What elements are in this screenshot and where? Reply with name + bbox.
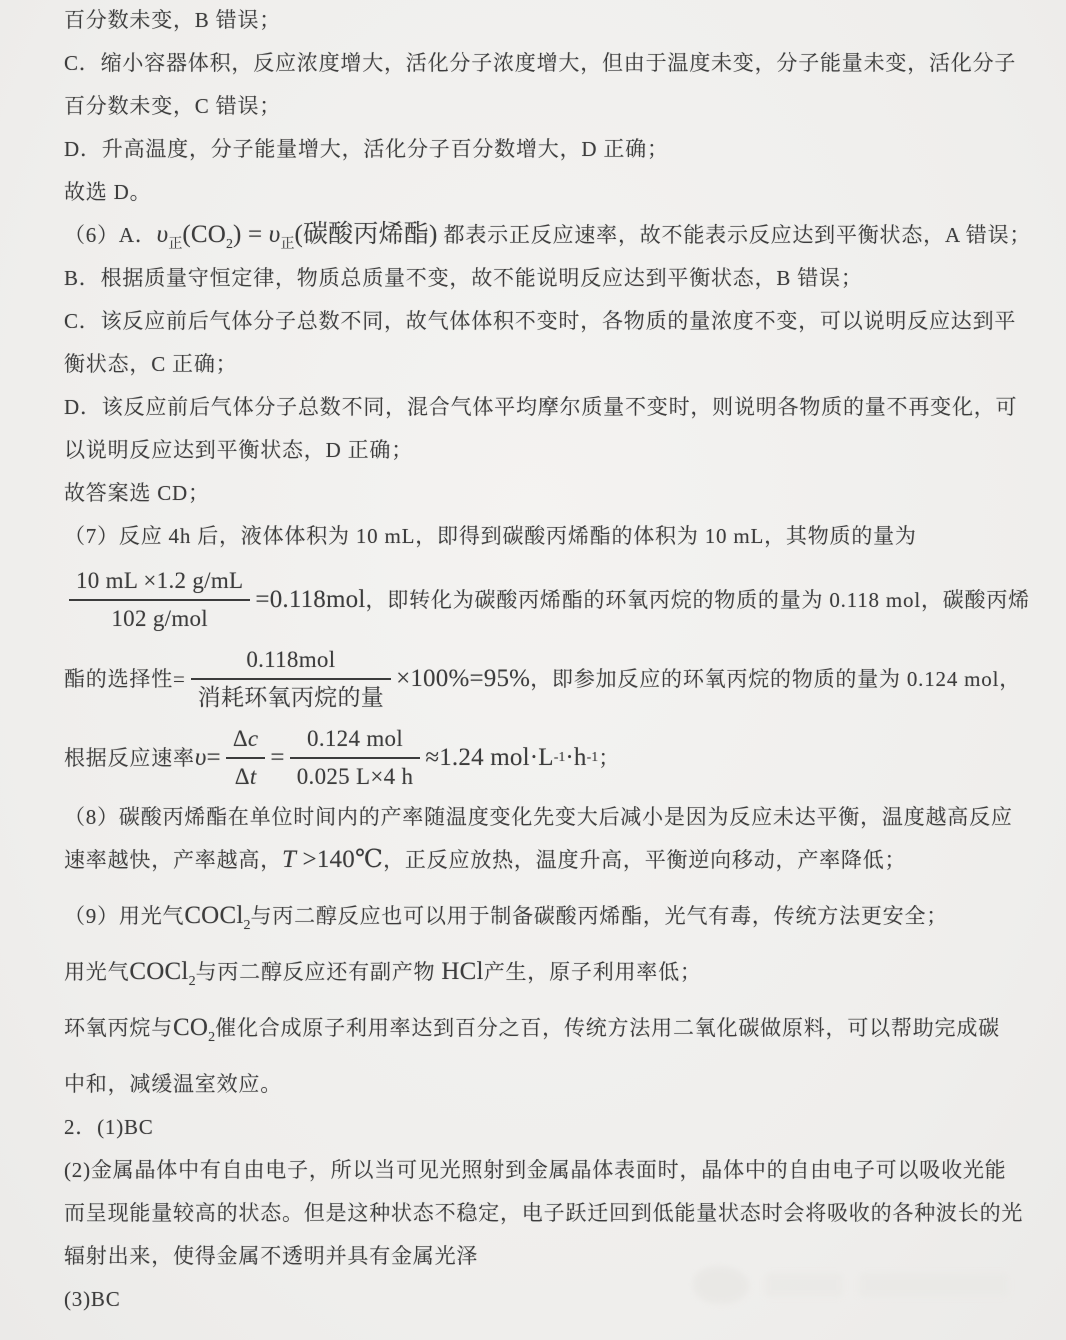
fraction: ΔcΔt [226,725,266,790]
q8-analysis-1: （8）碳酸丙烯酯在单位时间内的产率随温度变化先变大后减小是因为反应未达平衡，温度… [64,805,1026,829]
text-run: 故选 D。 [64,180,151,204]
fraction: 10 mL ×1.2 g/mL102 g/mol [69,567,250,632]
q6-option-d-conclusion: 以说明反应达到平衡状态，D 正确； [64,438,1026,462]
text-run: （9）用光气 [64,904,184,928]
text-run: 而呈现能量较高的状态。但是这种状态不稳定，电子跃迁回到低能量状态时会将吸收的各种… [64,1201,1023,1225]
math-text: ) = [233,221,269,248]
text-run: 与丙二醇反应还有副产物 [196,960,442,984]
text-run: C．缩小容器体积，反应浓度增大，活化分子浓度增大，但由于温度未变，分子能量未变，… [64,51,1016,75]
text-run: (2)金属晶体中有自由电子，所以当可见光照射到金属晶体表面时，晶体中的自由电子可… [64,1158,1006,1182]
text-run: 中和，减缓温室效应。 [64,1072,282,1096]
fraction-denominator: Δt [226,759,266,791]
subscript: 正 [168,237,182,252]
q8-analysis-2: 速率越快，产率越高，T >140℃，正反应放热，温度升高，平衡逆向移动，产率降低… [64,848,1026,872]
math-text: =0.118mol [255,588,365,612]
fraction-denominator: 0.025 L×4 h [290,759,421,791]
faint-watermark-icon [693,1262,1015,1308]
q7-selectivity-calculation: 酯的选择性=0.118mol消耗环氧丙烷的量×100%=95%，即参加反应的环氧… [64,646,1026,711]
document-body: 百分数未变，B 错误；C．缩小容器体积，反应浓度增大，活化分子浓度增大，但由于温… [64,8,1026,1311]
text-run: 与丙二醇反应也可以用于制备碳酸丙烯酯，光气有毒，传统方法更安全； [250,904,948,928]
math-variable: T [282,846,296,873]
q6-answer-cd: 故答案选 CD； [64,481,1026,505]
math-text: >140℃ [296,846,383,873]
math-variable: υ [195,746,207,770]
final-choice-d: 故选 D。 [64,180,1026,204]
q7-rate-calculation: 根据反应速率υ=ΔcΔt=0.124 mol0.025 L×4 h ≈1.24 … [64,725,1026,790]
text-run: 产生，原子利用率低； [484,960,702,984]
fraction: 0.124 mol0.025 L×4 h [290,725,421,790]
text-run: 环氧丙烷与 [64,1016,173,1040]
math-text: HCl [441,958,483,985]
text-run: 0.118mol [246,647,335,672]
q6-option-d-analysis: D．该反应前后气体分子总数不同，混合气体平均摩尔质量不变时，则说明各物质的量不再… [64,395,1026,419]
math-variable: c [248,726,259,751]
text-run: 用光气 [64,960,129,984]
text-run: B．根据质量守恒定律，物质总质量不变，故不能说明反应达到平衡状态，B 错误； [64,266,863,290]
text-run: （8）碳酸丙烯酯在单位时间内的产率随温度变化先变大后减小是因为反应未达平衡，温度… [64,805,1013,829]
fraction: 0.118mol消耗环氧丙烷的量 [191,646,391,711]
text-run: 根据反应速率 [64,746,195,770]
q2-answer-1-bc: 2．(1)BC [64,1115,1026,1139]
math-text: = [207,746,221,770]
q9-co2-route-1: 环氧丙烷与CO2催化合成原子利用率达到百分之百，传统方法用二氧化碳做原料，可以帮… [64,1003,1026,1040]
subscript: 2 [226,237,233,252]
q7-intro: （7）反应 4h 后，液体体积为 10 mL，即得到碳酸丙烯酯的体积为 10 m… [64,524,1026,548]
text-run: ，即转化为碳酸丙烯酯的环氧丙烷的物质的量为 0.118 mol，碳酸丙烯 [366,588,1030,612]
math-text: (碳酸丙烯酯) [294,221,437,248]
text-run: 0.124 mol [307,726,403,751]
math-text: CO [173,1014,208,1041]
q6-option-a-analysis: （6）A．υ正(CO2) = υ正(碳酸丙烯酯) 都表示正反应速率，故不能表示反… [64,223,1026,247]
watermark-text-blur [765,1273,843,1297]
answer-line-b-wrong: 百分数未变，B 错误； [64,8,1026,32]
text-run: 百分数未变，B 错误； [64,8,281,32]
text-run: 消耗环氧丙烷的量 [198,685,384,710]
math-variable: υ [157,221,169,248]
math-text: ·h [565,746,586,770]
text-run: 辐射出来，使得金属不透明并具有金属光泽 [64,1244,478,1268]
math-text: COCl [129,958,188,985]
text-run: Δ [235,764,250,789]
text-run: 衡状态，C 正确； [64,352,237,376]
option-c-analysis: C．缩小容器体积，反应浓度增大，活化分子浓度增大，但由于温度未变，分子能量未变，… [64,51,1026,75]
text-run: 102 g/mol [111,606,208,631]
q2-answer-2-line1: (2)金属晶体中有自由电子，所以当可见光照射到金属晶体表面时，晶体中的自由电子可… [64,1158,1026,1182]
subscript: 正 [280,237,294,252]
text-run: D．升高温度，分子能量增大，活化分子百分数增大，D 正确； [64,137,669,161]
q6-option-c-analysis: C．该反应前后气体分子总数不同，故气体体积不变时，各物质的量浓度不变，可以说明反… [64,309,1026,333]
fraction-numerator: 0.124 mol [290,725,421,759]
q6-option-c-conclusion: 衡状态，C 正确； [64,352,1026,376]
q9-phosgene-2: 用光气COCl2与丙二醇反应还有副产物 HCl产生，原子利用率低； [64,947,1026,984]
math-variable: t [250,764,257,789]
document-page: 百分数未变，B 错误；C．缩小容器体积，反应浓度增大，活化分子浓度增大，但由于温… [0,0,1066,1340]
math-text: COCl [184,902,243,929]
text-run: 0.025 L×4 h [297,764,414,789]
option-d-analysis: D．升高温度，分子能量增大，活化分子百分数增大，D 正确； [64,137,1026,161]
text-run: 2．(1)BC [64,1115,154,1139]
text-run: D．该反应前后气体分子总数不同，混合气体平均摩尔质量不变时，则说明各物质的量不再… [64,395,1017,419]
fraction-numerator: Δc [226,725,266,759]
text-run: （6）A． [64,223,157,247]
math-text: (CO [182,221,226,248]
option-c-conclusion: 百分数未变，C 错误； [64,94,1026,118]
text-run: ； [598,746,620,770]
q9-phosgene-1: （9）用光气COCl2与丙二醇反应也可以用于制备碳酸丙烯酯，光气有毒，传统方法更… [64,891,1026,928]
subscript: 2 [189,974,196,989]
text-run: C．该反应前后气体分子总数不同，故气体体积不变时，各物质的量浓度不变，可以说明反… [64,309,1016,333]
text-run: 速率越快，产率越高， [64,848,282,872]
fraction-denominator: 消耗环氧丙烷的量 [191,680,391,712]
q2-answer-2-line2: 而呈现能量较高的状态。但是这种状态不稳定，电子跃迁回到低能量状态时会将吸收的各种… [64,1201,1026,1225]
q7-mole-calculation: 10 mL ×1.2 g/mL102 g/mol=0.118mol，即转化为碳酸… [64,567,1026,632]
text-run: (3)BC [64,1287,121,1311]
q9-co2-route-2: 中和，减缓温室效应。 [64,1059,1026,1096]
math-text: ≈1.24 mol·L [425,746,553,770]
text-run: Δ [233,726,248,751]
math-text: = [270,746,284,770]
text-run: ，正反应放热，温度升高，平衡逆向移动，产率降低； [383,848,906,872]
fraction-numerator: 10 mL ×1.2 g/mL [69,567,250,601]
text-run: 百分数未变，C 错误； [64,94,281,118]
text-run: 酯的选择性= [64,667,186,691]
text-run: 都表示正反应速率，故不能表示反应达到平衡状态，A 错误； [438,223,1032,247]
math-text: ×100%=95% [396,667,530,691]
text-run: 故答案选 CD； [64,481,210,505]
watermark-logo-icon [693,1266,749,1304]
math-variable: υ [269,221,281,248]
q6-option-b-analysis: B．根据质量守恒定律，物质总质量不变，故不能说明反应达到平衡状态，B 错误； [64,266,1026,290]
text-run: （7）反应 4h 后，液体体积为 10 mL，即得到碳酸丙烯酯的体积为 10 m… [64,524,917,548]
text-run: 催化合成原子利用率达到百分之百，传统方法用二氧化碳做原料，可以帮助完成碳 [215,1016,1000,1040]
fraction-denominator: 102 g/mol [69,601,250,633]
fraction-numerator: 0.118mol [191,646,391,680]
watermark-text-blur [859,1273,1009,1297]
text-run: ，即参加反应的环氧丙烷的物质的量为 0.124 mol， [530,667,1021,691]
text-run: 以说明反应达到平衡状态，D 正确； [64,438,413,462]
text-run: 10 mL ×1.2 g/mL [76,568,243,593]
